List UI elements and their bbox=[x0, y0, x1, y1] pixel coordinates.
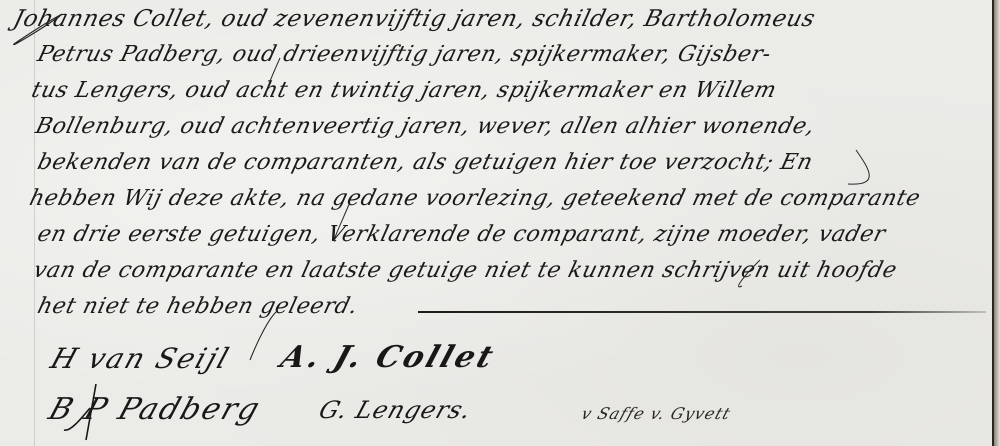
text-line-2: Petrus Padberg, oud drieenvijftig jaren,… bbox=[35, 42, 774, 67]
signature-registrar: v Saffe v. Gyvett bbox=[579, 404, 734, 423]
text-line-1: Johannes Collet, oud zevenenvijftig jare… bbox=[11, 6, 818, 32]
text-line-5: bekenden van de comparanten, als getuige… bbox=[35, 150, 816, 175]
signature-g-lengers: G. Lengers. bbox=[315, 396, 475, 424]
document-page: Johannes Collet, oud zevenenvijftig jare… bbox=[0, 0, 1000, 446]
text-line-6: hebben Wij deze akte, na gedane voorlezi… bbox=[27, 186, 923, 211]
signature-h-van-seijl: H van Seijl bbox=[47, 342, 235, 375]
signature-b-p-padberg: B P Padberg bbox=[44, 392, 265, 427]
text-line-4: Bollenburg, oud achtenveertig jaren, wev… bbox=[33, 114, 818, 139]
closing-rule bbox=[418, 311, 986, 313]
signature-a-j-collet: A. J. Collet bbox=[276, 340, 500, 375]
text-line-8: van de comparante en laatste getuige nie… bbox=[31, 258, 900, 283]
text-line-9: het niet te hebben geleerd. bbox=[35, 294, 361, 319]
text-line-7: en drie eerste getuigen, Verklarende de … bbox=[35, 222, 888, 247]
page-edge-shadow bbox=[994, 0, 1000, 446]
text-line-3: tus Lengers, oud acht en twintig jaren, … bbox=[29, 78, 779, 103]
